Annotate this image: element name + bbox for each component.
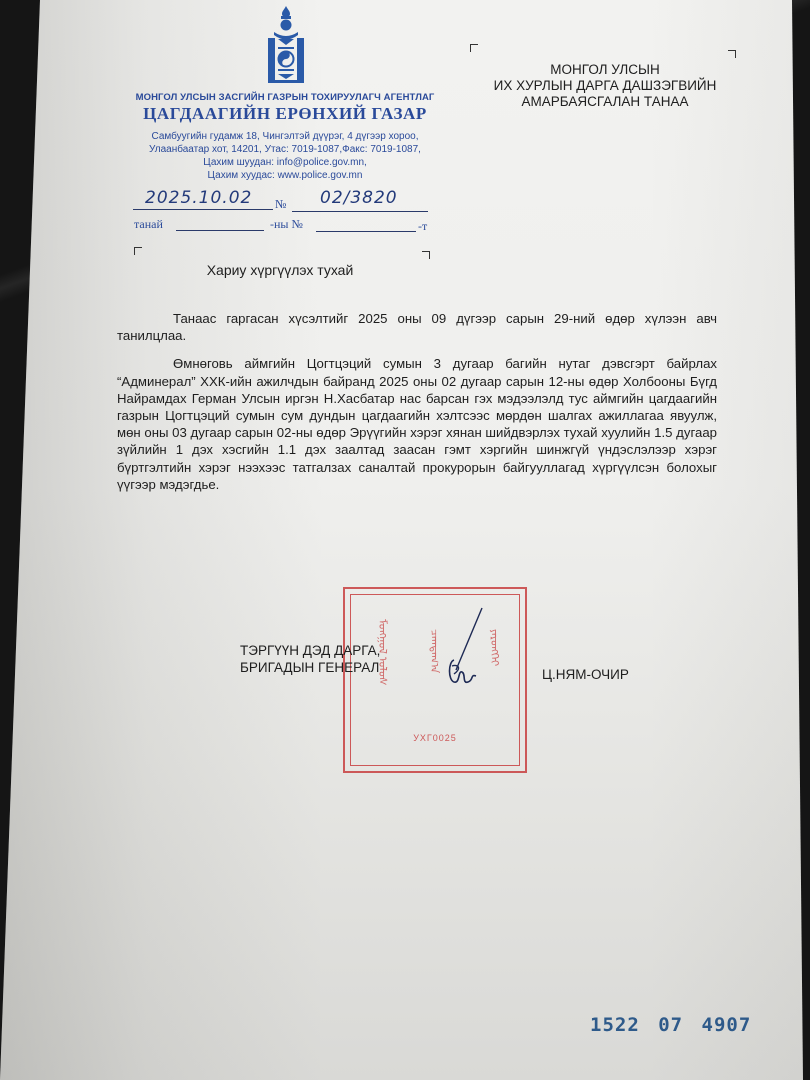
your-number-underline [316,231,416,232]
recipient-line: МОНГОЛ УЛСЫН [470,62,740,78]
signatory-title: ТЭРГҮҮН ДЭД ДАРГА, БРИГАДЫН ГЕНЕРАЛ [240,642,380,676]
letter-body: Танаас гаргасан хүсэлтийг 2025 оны 09 дү… [117,310,717,504]
stamp-mongol-script: ᠮᠣᠩᠭᠤᠯ ᠤᠯᠤᠰ [373,619,392,739]
stamp-code: УХГ0025 [345,733,525,743]
serial-number: 1522 07 4907 [590,1014,751,1036]
email-line: Цахим шуудан: info@police.gov.mn, [130,156,440,169]
recipient-block: МОНГОЛ УЛСЫН ИХ ХУРЛЫН ДАРГА ДАШЗЭГВИЙН … [470,62,740,110]
recipient-line: ИХ ХУРЛЫН ДАРГА ДАШЗЭГВИЙН [470,78,740,94]
letter-date: 2025.10.02 [145,188,252,208]
parent-agency: МОНГОЛ УЛСЫН ЗАСГИЙН ГАЗРЫН ТОХИРУУЛАГЧ … [130,92,440,103]
subject-corner-right [422,251,430,259]
number-underline [292,211,428,212]
body-paragraph: Өмнөговь аймгийн Цогтцэций сумын 3 дугаа… [117,355,717,493]
recipient-corner-right [728,50,736,58]
signatory-name: Ц.НЯМ-ОЧИР [542,667,629,682]
handwritten-signature [440,600,520,710]
agency-address: Самбуугийн гудамж 18, Чингэлтэй дүүрэг, … [130,130,440,182]
address-line: Самбуугийн гудамж 18, Чингэлтэй дүүрэг, … [130,130,440,143]
signatory-position: ТЭРГҮҮН ДЭД ДАРГА, [240,642,380,659]
website-line: Цахим хуудас: www.police.gov.mn [130,169,440,182]
address-line: Улаанбаатар хот, 14201, Утас: 7019-1087,… [130,143,440,156]
your-label: танай [134,217,163,232]
letter-number: 02/3820 [320,188,398,208]
letter-subject: Хариу хүргүүлэх тухай [150,262,410,278]
date-underline [133,209,273,210]
body-paragraph: Танаас гаргасан хүсэлтийг 2025 оны 09 дү… [117,310,717,344]
soyombo-emblem-icon [264,4,308,86]
recipient-corner-left [470,44,478,52]
your-number-label: -ны № [270,217,303,232]
subject-corner-left [134,247,142,255]
number-label: № [275,197,286,212]
agency-name: ЦАГДААГИЙН ЕРӨНХИЙ ГАЗАР [130,104,440,124]
recipient-line: АМАРБАЯСГАЛАН ТАНАА [470,94,740,110]
your-date-underline [176,230,264,231]
suffix-label: -т [418,219,427,234]
signatory-rank: БРИГАДЫН ГЕНЕРАЛ [240,659,380,676]
